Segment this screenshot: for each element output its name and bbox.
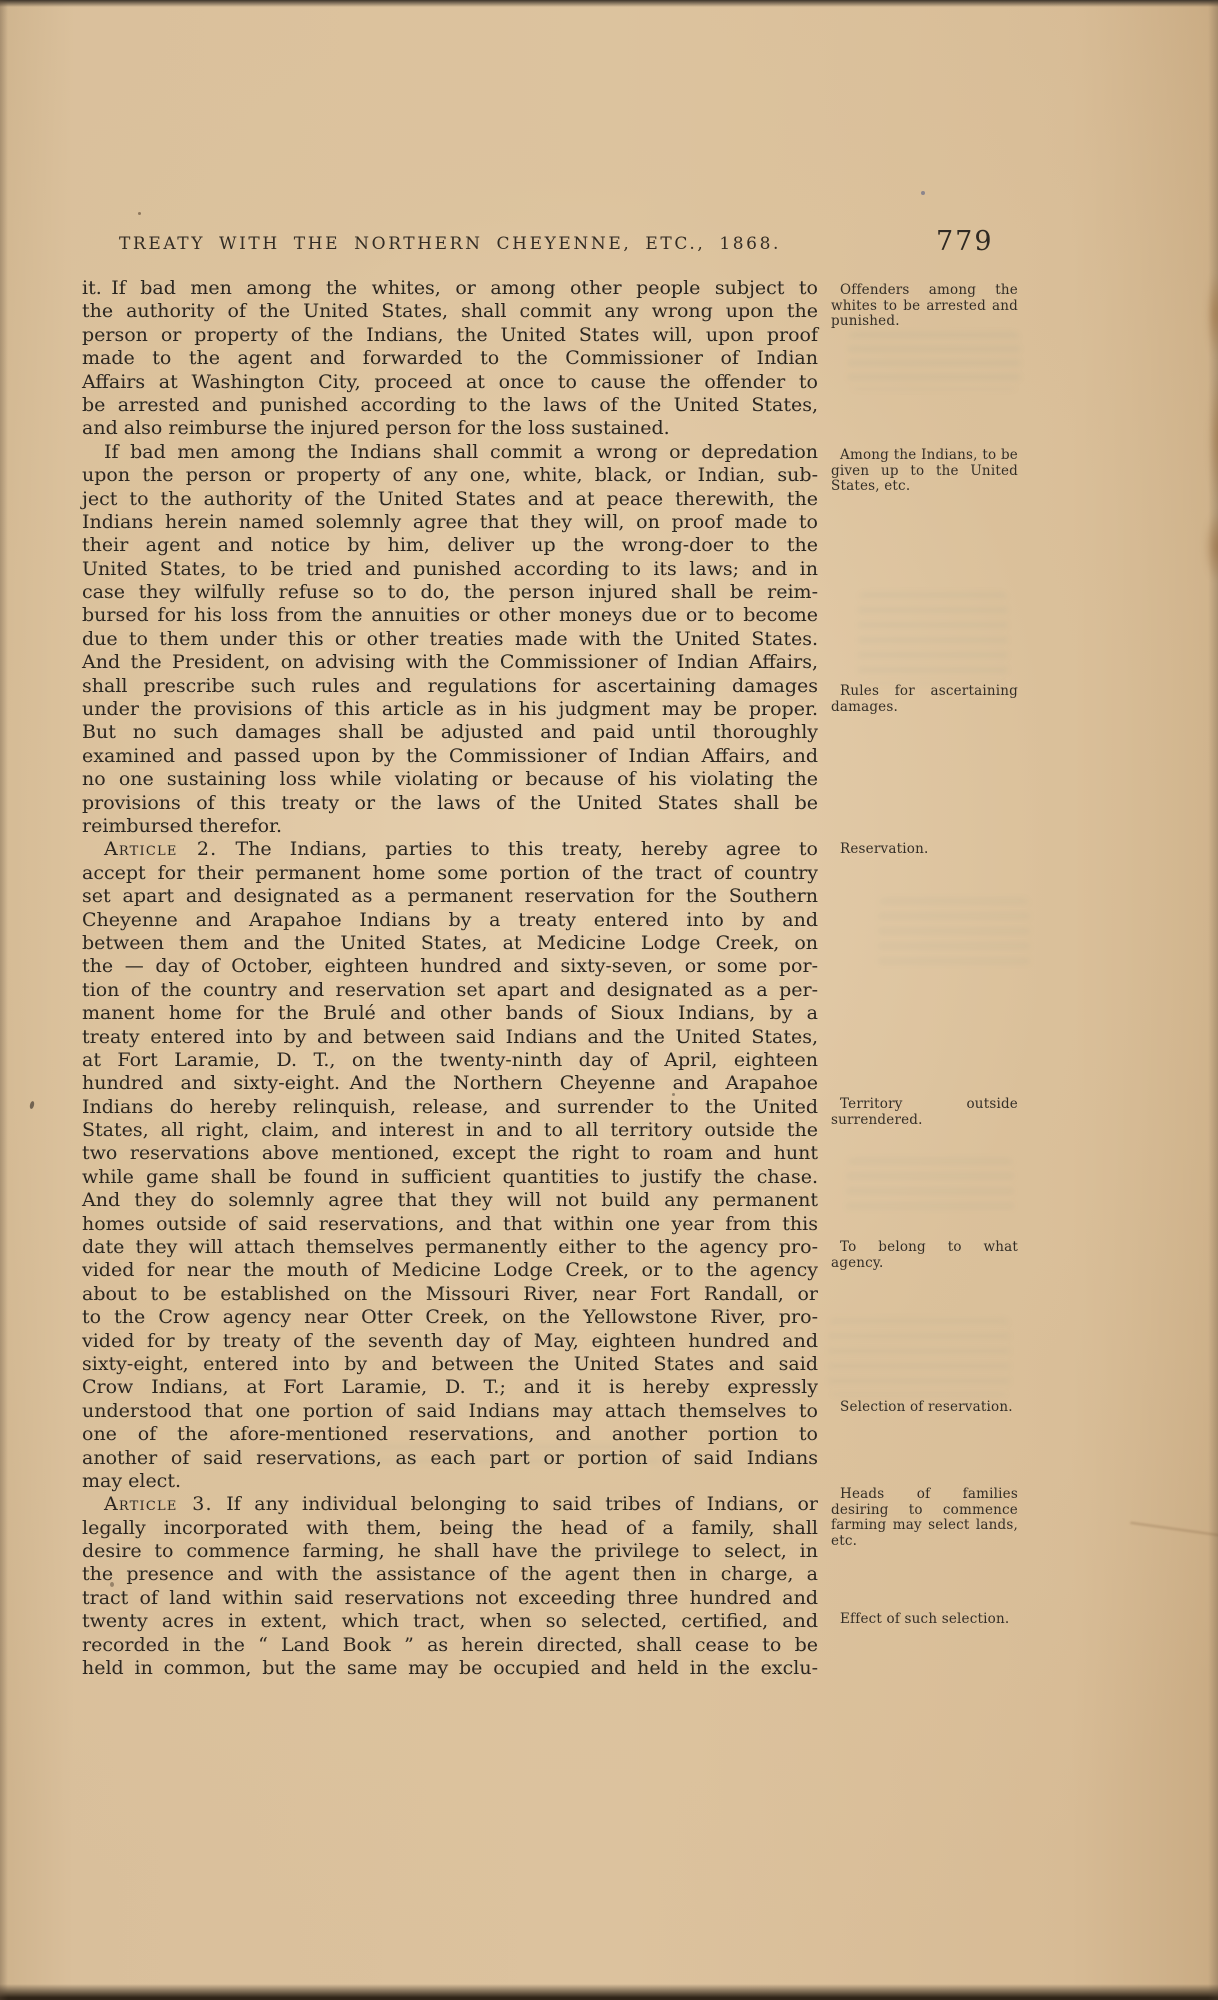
scanned-book-page: TREATY WITH THE NORTHERN CHEYENNE, ETC.,… [0,0,1218,2000]
body-line: recorded in the “ Land Book ” as herein … [82,1634,818,1657]
body-line: ject to the authority of the United Stat… [82,488,818,511]
body-line: it. If bad men among the whites, or amon… [82,277,818,300]
body-line: due to them under this or other treaties… [82,628,818,651]
body-line: homes outside of said reservations, and … [82,1213,818,1236]
showthrough-smudge [858,592,1008,684]
body-line: held in common, but the same may be occu… [82,1657,818,1680]
paper-stain [1192,268,1218,578]
body-line: upon the person or property of any one, … [82,464,818,487]
margin-note: Rules for ascertaining damages. [831,684,1018,715]
body-line: Indians herein named solemnly agree that… [82,511,818,534]
article-heading: Article 2. [104,838,217,860]
paper-speck [138,212,141,215]
showthrough-smudge [846,1158,1014,1218]
margin-note: To belong to what agency. [831,1240,1018,1271]
body-line: between them and the United States, at M… [82,932,818,955]
running-title: TREATY WITH THE NORTHERN CHEYENNE, ETC.,… [82,234,818,254]
body-line: States, all right, claim, and interest i… [82,1119,818,1142]
body-line: tract of land within said reservations n… [82,1587,818,1610]
body-line: set apart and designated as a permanent … [82,885,818,908]
body-line: manent home for the Brulé and other band… [82,1002,818,1025]
body-line: desire to commence farming, he shall hav… [82,1540,818,1563]
body-line: while game shall be found in sufficient … [82,1166,818,1189]
body-line: be arrested and punished according to th… [82,394,818,417]
body-line: accept for their permanent home some por… [82,862,818,885]
body-line: sixty-eight, entered into by and between… [82,1353,818,1376]
body-text: it. If bad men among the whites, or amon… [82,277,818,1680]
body-line: their agent and notice by him, deliver u… [82,534,818,557]
showthrough-smudge [848,332,1020,390]
margin-note: Among the Indians, to be given up to the… [831,448,1018,495]
body-line: one of the afore-mentioned reservations,… [82,1423,818,1446]
body-line: understood that one portion of said Indi… [82,1400,818,1423]
body-line: Cheyenne and Arapahoe Indians by a treat… [82,909,818,932]
body-line: Article 2. The Indians, parties to this … [82,838,818,861]
body-line: But no such damages shall be adjusted an… [82,721,818,744]
body-line: Article 3. If any individual belonging t… [82,1493,818,1516]
body-line: under the provisions of this article as … [82,698,818,721]
scan-edge-top [0,0,1218,7]
scan-edge-bottom [0,1984,1218,2000]
paper-speck [29,1101,35,1110]
body-line: the authority of the United States, shal… [82,300,818,323]
body-line: vided for by treaty of the seventh day o… [82,1330,818,1353]
body-line: examined and passed upon by the Commissi… [82,745,818,768]
body-line: the — day of October, eighteen hundred a… [82,955,818,978]
scan-edge-left [0,0,8,2000]
article-heading: Article 3. [104,1493,213,1515]
body-line: And they do solemnly agree that they wil… [82,1189,818,1212]
body-line: two reservations above mentioned, except… [82,1142,818,1165]
body-line: case they wilfully refuse so to do, the … [82,581,818,604]
margin-note: Reservation. [831,842,1018,858]
showthrough-smudge [828,1318,1010,1396]
margin-note: Effect of such selection. [831,1612,1018,1628]
body-line: If bad men among the Indians shall commi… [82,441,818,464]
body-line: shall prescribe such rules and regulatio… [82,675,818,698]
body-line: and also reimburse the injured person fo… [82,417,818,440]
margin-note: Offenders among the whites to be arreste… [831,283,1018,330]
body-line: no one sustaining loss while violating o… [82,768,818,791]
body-line: Indians do hereby relinquish, release, a… [82,1096,818,1119]
body-line: And the President, on advising with the … [82,651,818,674]
margin-note: Selection of reservation. [831,1400,1018,1416]
showthrough-smudge [878,898,1030,968]
body-line: hundred and sixty-eight. And the Norther… [82,1072,818,1095]
body-line: provisions of this treaty or the laws of… [82,792,818,815]
body-line: at Fort Laramie, D. T., on the twenty-ni… [82,1049,818,1072]
page-header: TREATY WITH THE NORTHERN CHEYENNE, ETC.,… [0,230,1218,264]
body-line: person or property of the Indians, the U… [82,324,818,347]
body-line: made to the agent and forwarded to the C… [82,347,818,370]
body-line: date they will attach themselves permane… [82,1236,818,1259]
body-line: Crow Indians, at Fort Laramie, D. T.; an… [82,1376,818,1399]
body-line: United States, to be tried and punished … [82,558,818,581]
body-line: another of said reservations, as each pa… [82,1447,818,1470]
page-number: 779 [936,226,1016,257]
body-line: may elect. [82,1470,818,1493]
paper-speck [921,191,925,195]
body-line: bursed for his loss from the annuities o… [82,604,818,627]
body-line: vided for near the mouth of Medicine Lod… [82,1259,818,1282]
body-line: about to be established on the Missouri … [82,1283,818,1306]
body-line: the presence and with the assistance of … [82,1563,818,1586]
body-line: twenty acres in extent, which tract, whe… [82,1610,818,1633]
body-line: to the Crow agency near Otter Creek, on … [82,1306,818,1329]
margin-note: Heads of families desiring to commence f… [831,1487,1018,1549]
body-line: treaty entered into by and between said … [82,1026,818,1049]
paper-crease [1130,1522,1218,1537]
margin-note: Territory outside surrendered. [831,1097,1018,1128]
body-line: legally incorporated with them, being th… [82,1517,818,1540]
body-line: reimbursed therefor. [82,815,818,838]
body-line: tion of the country and reservation set … [82,979,818,1002]
body-line: Affairs at Washington City, proceed at o… [82,371,818,394]
